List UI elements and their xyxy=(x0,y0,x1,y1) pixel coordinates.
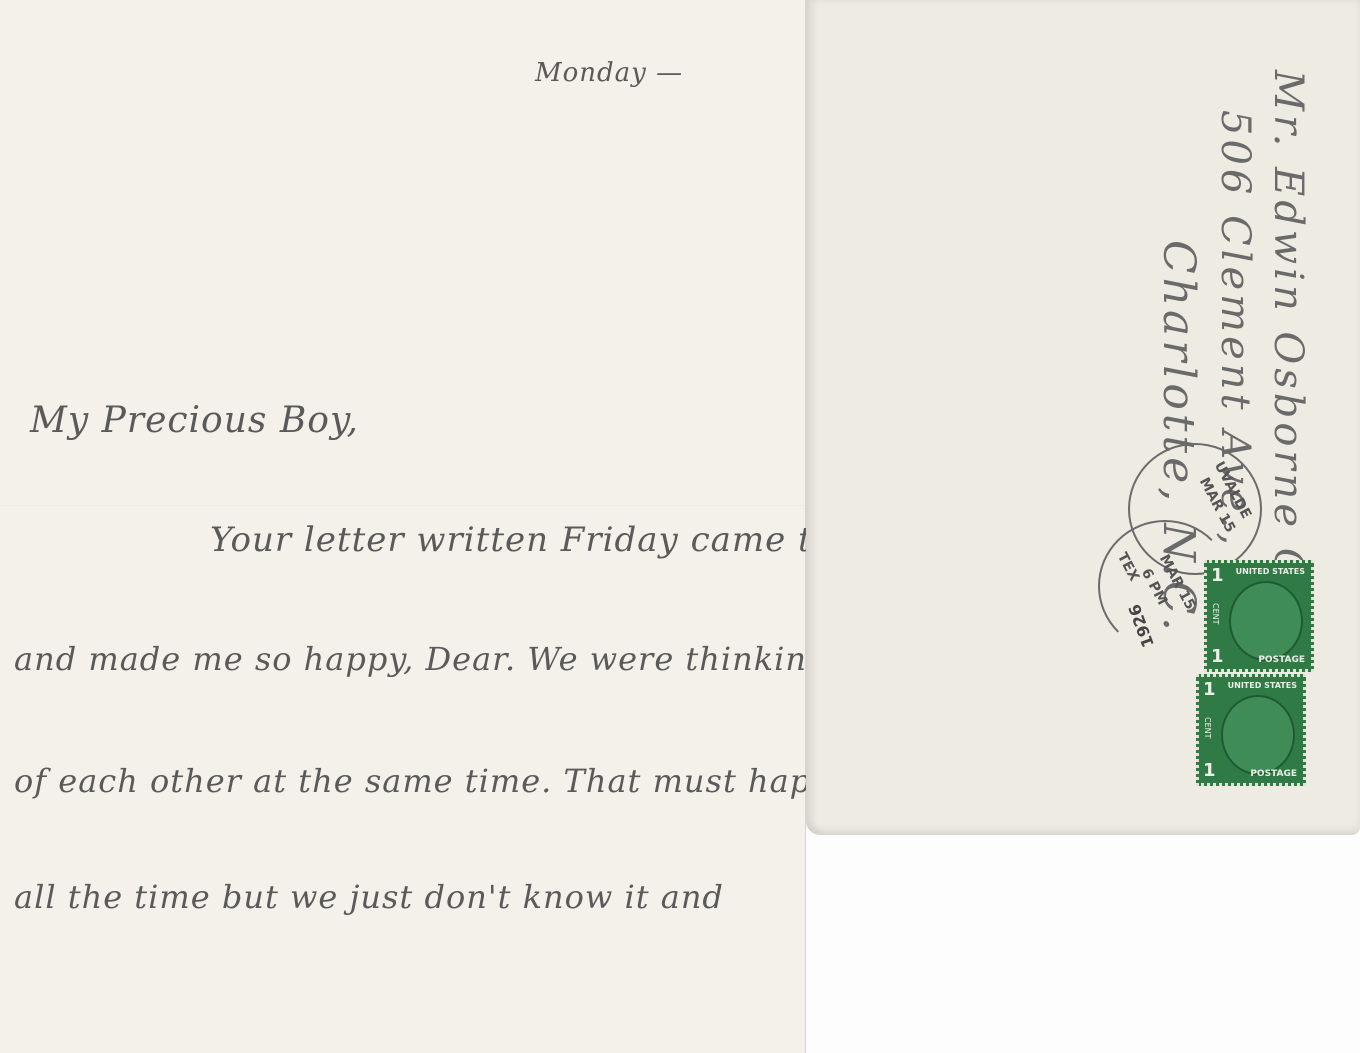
stamp-value: 1 xyxy=(1203,760,1216,781)
postage-stamp: UNITED STATES POSTAGE 1 1 CENT xyxy=(1204,560,1314,672)
postmark-state: TEX xyxy=(1114,550,1142,584)
portrait-icon xyxy=(1229,581,1303,661)
stamp-value: 1 xyxy=(1211,565,1224,586)
stamp-value: 1 xyxy=(1211,646,1224,667)
stamp-value: 1 xyxy=(1203,679,1216,700)
stamp-bottom-text: POSTAGE xyxy=(1258,655,1305,665)
stamp-top-text: UNITED STATES xyxy=(1228,681,1297,690)
letter-salutation: My Precious Boy, xyxy=(30,400,359,441)
stamp-bottom-text: POSTAGE xyxy=(1250,769,1297,779)
letter-line: and made me so happy, Dear. We were thin… xyxy=(14,640,828,678)
letter-date: Monday — xyxy=(535,58,683,88)
fold-crease xyxy=(0,505,805,507)
portrait-icon xyxy=(1221,695,1295,775)
stamp-top-text: UNITED STATES xyxy=(1236,567,1305,576)
postage-stamp: UNITED STATES POSTAGE 1 1 CENT xyxy=(1196,674,1306,786)
stamp-denomination: CENT xyxy=(1211,603,1220,625)
letter-line: all the time but we just don't know it a… xyxy=(14,878,724,916)
envelope: Mr. Edwin Osborne Clarkson 506 Clement A… xyxy=(806,0,1360,835)
letter-page: Monday — My Precious Boy, Your letter wr… xyxy=(0,0,806,1053)
letter-line: Your letter written Friday came today xyxy=(210,520,898,560)
letter-line: of each other at the same time. That mus… xyxy=(14,762,874,800)
stamp-denomination: CENT xyxy=(1203,717,1212,739)
